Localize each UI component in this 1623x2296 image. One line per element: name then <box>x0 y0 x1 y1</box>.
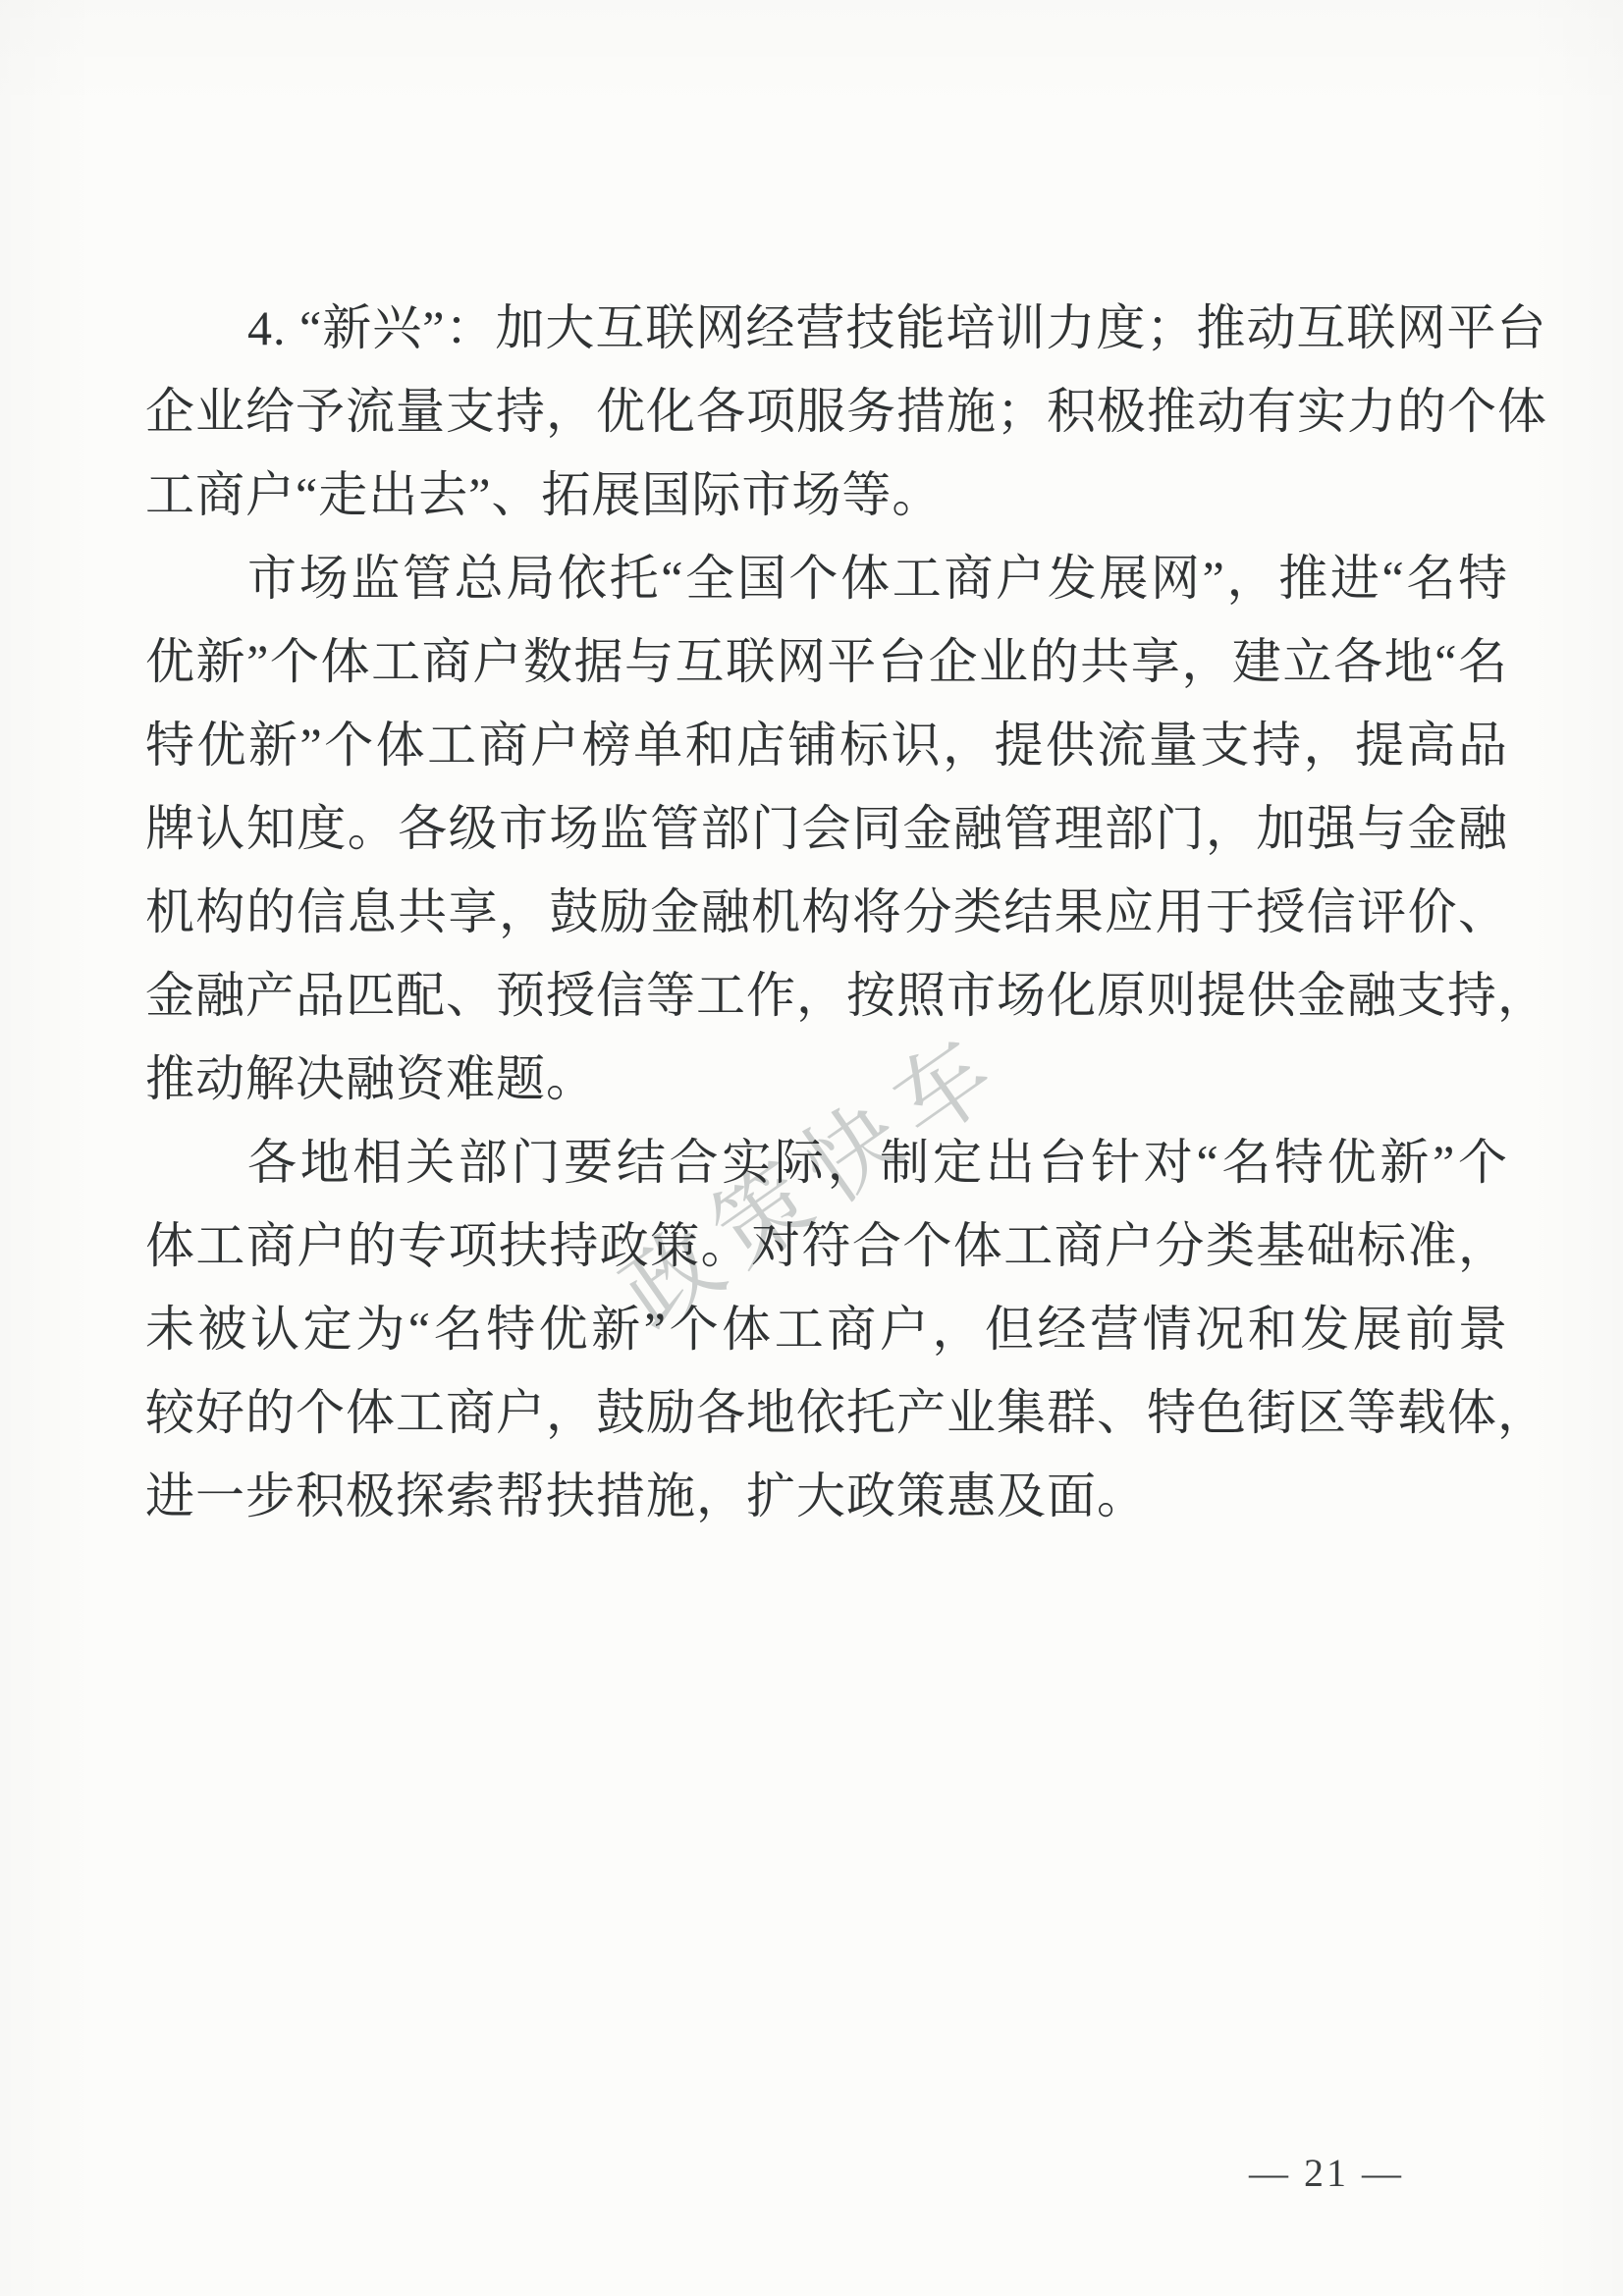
paragraph-1-line-3: 工商户“走出去”、拓展国际市场等。 <box>145 454 1508 537</box>
page-number: — 21 — <box>1249 2150 1404 2196</box>
paragraph-1-line-1: 4. “新兴”：加大互联网经营技能培训力度；推动互联网平台 <box>145 287 1508 370</box>
document-body: 4. “新兴”：加大互联网经营技能培训力度；推动互联网平台 企业给予流量支持，优… <box>145 287 1508 1538</box>
paragraph-2-line-1: 市场监管总局依托“全国个体工商户发展网”，推进“名特 <box>145 537 1508 620</box>
paragraph-2-line-4: 牌认知度。各级市场监管部门会同金融管理部门，加强与金融 <box>145 787 1508 871</box>
paragraph-2-line-3: 特优新”个体工商户榜单和店铺标识，提供流量支持，提高品 <box>145 704 1508 787</box>
paragraph-2-line-7: 推动解决融资难题。 <box>145 1038 1508 1121</box>
paragraph-2-line-6: 金融产品匹配、预授信等工作，按照市场化原则提供金融支持， <box>145 954 1508 1038</box>
paragraph-2-line-2: 优新”个体工商户数据与互联网平台企业的共享，建立各地“名 <box>145 620 1508 704</box>
paragraph-3-line-1: 各地相关部门要结合实际，制定出台针对“名特优新”个 <box>145 1121 1508 1204</box>
paragraph-3-line-2: 体工商户的专项扶持政策。对符合个体工商户分类基础标准， <box>145 1204 1508 1288</box>
paragraph-3-line-3: 未被认定为“名特优新”个体工商户，但经营情况和发展前景 <box>145 1288 1508 1371</box>
paragraph-3-line-5: 进一步积极探索帮扶措施，扩大政策惠及面。 <box>145 1455 1508 1538</box>
paragraph-2-line-5: 机构的信息共享，鼓励金融机构将分类结果应用于授信评价、 <box>145 871 1508 954</box>
paragraph-3-line-4: 较好的个体工商户，鼓励各地依托产业集群、特色街区等载体， <box>145 1371 1508 1455</box>
paragraph-1-line-2: 企业给予流量支持，优化各项服务措施；积极推动有实力的个体 <box>145 370 1508 454</box>
